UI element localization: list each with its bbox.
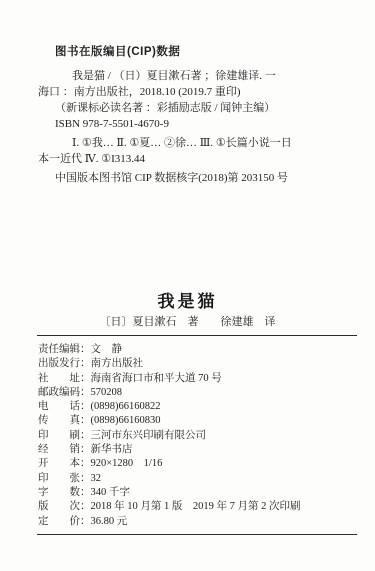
colophon-value: 文 静 (91, 344, 123, 355)
colophon-row-wordcount: 字 数：340 千字 (38, 486, 361, 500)
divider-top (37, 335, 357, 336)
colophon-row-fax: 传 真：(0898)66160830 (38, 414, 361, 428)
colophon-label: 电 话： (38, 401, 91, 412)
divider-bottom (37, 534, 357, 535)
colophon-label: 版 次： (38, 501, 91, 512)
colophon-value: (0898)66160830 (91, 415, 161, 426)
colophon-table: 责任编辑：文 静 出版发行：南方出版社 社 址：海南省海口市和平大道 70 号 … (38, 343, 361, 529)
colophon-row-edition: 版 次：2018 年 10 月第 1 版 2019 年 7 月第 2 次印刷 (38, 500, 361, 514)
book-title: 我是猫 (0, 292, 375, 311)
colophon-row-address: 社 址：海南省海口市和平大道 70 号 (38, 372, 361, 386)
colophon-label: 传 真： (38, 415, 91, 426)
colophon-value: 南方出版社 (91, 358, 144, 369)
colophon-row-printer: 印 刷：三河市东兴印刷有限公司 (38, 429, 361, 443)
colophon-row-price: 定 价：36.80 元 (38, 515, 361, 529)
cip-line-record-number: 中国版本图书馆 CIP 数据核字(2018)第 203150 号 (38, 170, 361, 186)
colophon-label: 经 销： (38, 444, 91, 455)
colophon-label: 邮政编码： (38, 387, 91, 398)
colophon-label: 责任编辑： (38, 344, 91, 355)
colophon-value: 新华书店 (91, 444, 133, 455)
colophon-label: 印 刷： (38, 430, 91, 441)
colophon-value: 36.80 元 (91, 516, 128, 527)
colophon-label: 定 价： (38, 516, 91, 527)
colophon-value: 2018 年 10 月第 1 版 2019 年 7 月第 2 次印刷 (91, 501, 301, 512)
copyright-page: 图书在版编目(CIP)数据 我是猫 / （日）夏目漱石著 ；徐建雄译. 一 海口… (0, 0, 375, 571)
colophon-row-postcode: 邮政编码：570208 (38, 386, 361, 400)
colophon-row-editor: 责任编辑：文 静 (38, 343, 361, 357)
colophon-value: 三河市东兴印刷有限公司 (91, 430, 207, 441)
colophon-label: 字 数： (38, 487, 91, 498)
cip-data-block: 我是猫 / （日）夏目漱石著 ；徐建雄译. 一 海口 ：南方出版社，2018.1… (38, 68, 361, 186)
cip-line-publisher: 海口 ：南方出版社，2018.10 (2019.7 重印) (38, 84, 361, 100)
colophon-value: (0898)66160822 (91, 401, 161, 412)
colophon-value: 570208 (91, 387, 123, 398)
cip-line-series: （新课标必读名著 ：彩插励志版 / 闻钟主编） (38, 100, 361, 116)
cip-line-classification-1: Ⅰ. ①我… Ⅱ. ①夏… ②徐… Ⅲ. ①长篇小说一日 (38, 135, 361, 151)
cip-section-heading: 图书在版编目(CIP)数据 (55, 45, 357, 59)
colophon-value: 海南省海口市和平大道 70 号 (91, 373, 222, 384)
colophon-row-distributor: 经 销：新华书店 (38, 443, 361, 457)
cip-line-isbn: ISBN 978-7-5501-4670-9 (38, 116, 361, 132)
cip-line-title-author: 我是猫 / （日）夏目漱石著 ；徐建雄译. 一 (38, 68, 361, 84)
cip-line-classification-2: 本一近代 Ⅳ. ①I313.44 (38, 151, 361, 167)
title-block: 我是猫 〔日〕夏目漱石 著 徐建雄 译 (0, 292, 375, 329)
colophon-label: 出版发行： (38, 358, 91, 369)
colophon-row-format: 开 本：920×1280 1/16 (38, 457, 361, 471)
colophon-label: 社 址： (38, 373, 91, 384)
colophon-row-sheets: 印 张：32 (38, 472, 361, 486)
colophon-label: 印 张： (38, 473, 91, 484)
colophon-row-phone: 电 话：(0898)66160822 (38, 400, 361, 414)
colophon-value: 340 千字 (91, 487, 130, 498)
book-byline: 〔日〕夏目漱石 著 徐建雄 译 (0, 315, 375, 329)
colophon-value: 32 (91, 473, 102, 484)
colophon-row-publisher: 出版发行：南方出版社 (38, 357, 361, 371)
colophon-value: 920×1280 1/16 (91, 458, 163, 469)
colophon-label: 开 本： (38, 458, 91, 469)
